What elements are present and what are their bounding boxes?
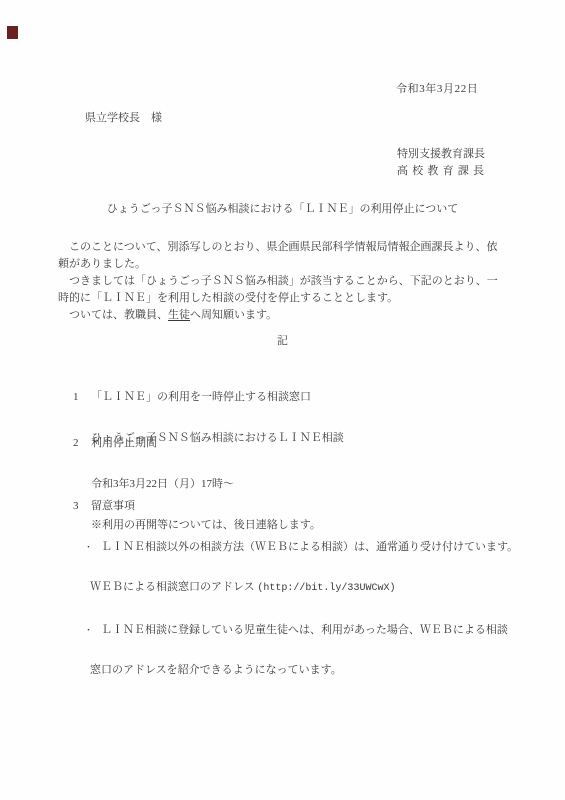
section-heading-line: 2利用停止期間 bbox=[73, 435, 321, 452]
section-number: 2 bbox=[73, 435, 91, 452]
ki-marker: 記 bbox=[0, 333, 565, 350]
section-heading: 「ＬＩＮＥ」の利用を一時停止する相談窓口 bbox=[91, 391, 311, 403]
sender-block: 特別支援教育課長 高校教育課長 bbox=[397, 146, 487, 180]
section-heading-line: 3留意事項 bbox=[73, 498, 518, 515]
bullet-dot: ・ bbox=[84, 539, 101, 556]
web-consultation-url: (http://bit.ly/33UWCwX) bbox=[257, 583, 395, 594]
section-heading-line: 1「ＬＩＮＥ」の利用を一時停止する相談窓口 bbox=[73, 389, 344, 406]
section-3-notes: 3留意事項 ・ＬＩＮＥ相談以外の相談方法（ＷＥＢによる相談）は、通常通り受け付け… bbox=[73, 474, 518, 703]
addressee: 県立学校長 様 bbox=[85, 110, 162, 127]
red-stamp-mark bbox=[7, 26, 18, 39]
notice-underlined-text: 生徒 bbox=[168, 309, 190, 321]
sender-line-2: 高校教育課長 bbox=[397, 163, 491, 180]
section-heading: 利用停止期間 bbox=[91, 437, 157, 449]
section-number: 1 bbox=[73, 389, 91, 406]
document-page: 令和3年3月22日 県立学校長 様 特別支援教育課長 高校教育課長 ひょうごっ子… bbox=[0, 0, 565, 800]
section-heading: 留意事項 bbox=[91, 500, 135, 512]
bullet-line: ・ＬＩＮＥ相談に登録している児童生徒へは、利用があった場合、ＷＥＢによる相談 bbox=[84, 622, 518, 639]
document-title: ひょうごっ子ＳＮＳ悩み相談における「ＬＩＮＥ」の利用停止について bbox=[0, 201, 565, 218]
body-paragraphs: このことについて、別添写しのとおり、県企画県民部科学情報局情報企画課長より、依 … bbox=[58, 239, 508, 324]
section-number: 3 bbox=[73, 498, 91, 515]
bullet-continuation-line: ＷＥＢによる相談窓口のアドレス (http://bit.ly/33UWCwX) bbox=[90, 579, 518, 598]
bullet-text: ＬＩＮＥ相談に登録している児童生徒へは、利用があった場合、ＷＥＢによる相談 bbox=[101, 624, 508, 636]
notice-prefix: ついては、教職員、 bbox=[58, 309, 168, 321]
bullet-continuation-line: 窓口のアドレスを紹介できるようになっています。 bbox=[90, 662, 518, 679]
sender-line-1: 特別支援教育課長 bbox=[397, 146, 487, 163]
paragraph-line: このことについて、別添写しのとおり、県企画県民部科学情報局情報企画課長より、依 bbox=[58, 239, 508, 256]
notice-suffix: へ周知願います。 bbox=[190, 309, 277, 321]
bullet-line: ・ＬＩＮＥ相談以外の相談方法（ＷＥＢによる相談）は、通常通り受け付けています。 bbox=[84, 539, 518, 556]
paragraph-line: つきましては「ひょうごっ子ＳＮＳ悩み相談」が該当することから、下記のとおり、一 bbox=[58, 273, 508, 290]
paragraph-line: 頼がありました。 bbox=[58, 256, 508, 273]
bullet-text: ＬＩＮＥ相談以外の相談方法（ＷＥＢによる相談）は、通常通り受け付けています。 bbox=[101, 541, 518, 553]
document-date: 令和3年3月22日 bbox=[396, 84, 478, 95]
paragraph-line: 時的に「ＬＩＮＥ」を利用した相談の受付を停止することとします。 bbox=[58, 290, 508, 307]
web-address-label: ＷＥＢによる相談窓口のアドレス bbox=[90, 581, 257, 593]
bullet-dot: ・ bbox=[84, 622, 101, 639]
paragraph-line-notice: ついては、教職員、生徒へ周知願います。 bbox=[58, 307, 508, 324]
